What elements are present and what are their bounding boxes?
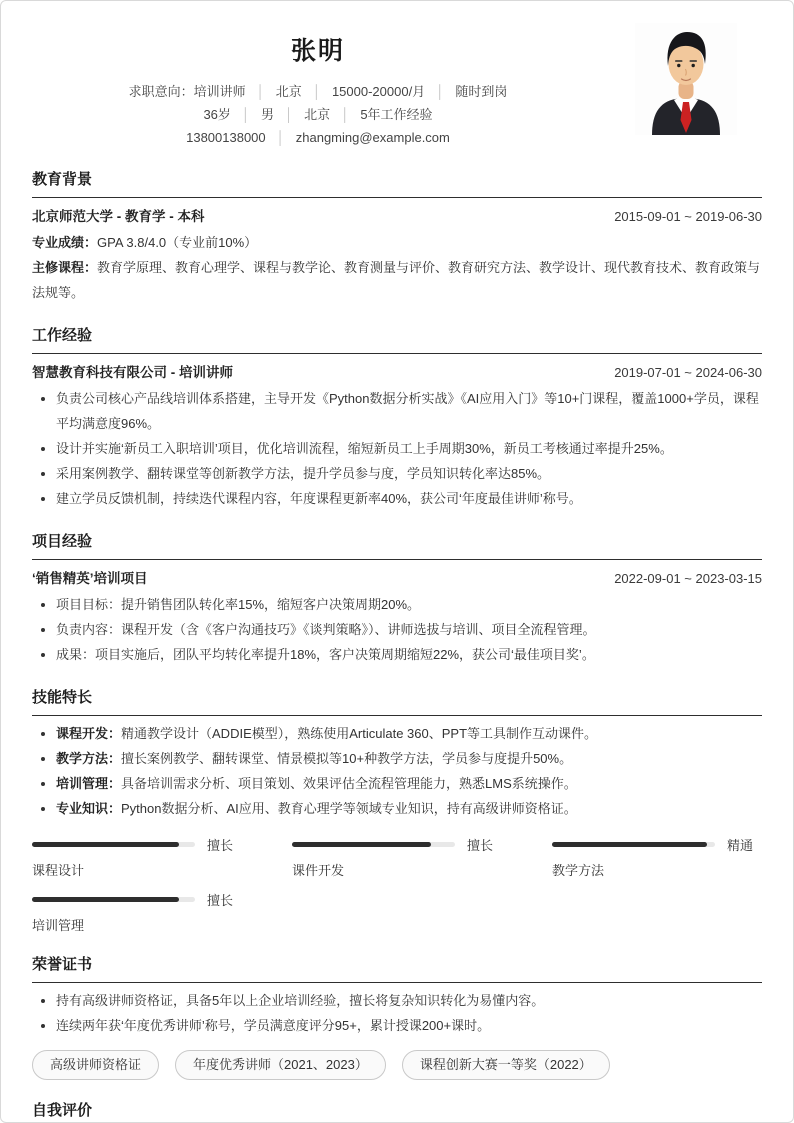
skill-bar: 精通教学方法 [552,835,762,879]
section-education: 教育背景 北京师范大学 - 教育学 - 本科 2015-09-01 ~ 2019… [32,149,762,305]
contact-item-text: 36岁 [203,107,230,122]
contact-item: │5年工作经验 [330,107,432,122]
certificate-badge: 高级讲师资格证 [32,1050,159,1080]
list-item: 教学方法：擅长案例教学、翻转课堂、情景模拟等10+种教学方法，学员参与度提升50… [32,746,762,771]
certificate-badge: 年度优秀讲师（2021、2023） [175,1050,386,1080]
list-item: 连续两年获‘年度优秀讲师’称号，学员满意度评分95+，累计授课200+课时。 [32,1013,762,1038]
detail-label: 专业成绩： [32,235,97,250]
separator: │ [285,107,293,122]
list-item: 培训管理：具备培训需求分析、项目策划、效果评估全流程管理能力，熟悉LMS系统操作… [32,771,762,796]
skill-bar-row: 擅长 [32,890,242,908]
list-item: 建立学员反馈机制，持续迭代课程内容，年度课程更新率40%，获公司‘年度最佳讲师’… [32,486,762,511]
skill-level-label: 擅长 [207,890,233,909]
separator: │ [436,84,444,99]
education-detail-row: 主修课程：教育学原理、教育心理学、课程与教学论、教育测量与评价、教育研究方法、教… [32,255,762,305]
bullet-dot [41,497,45,501]
bullet-dot [41,472,45,476]
bullet-text: 持有高级讲师资格证，具备5年以上企业培训经验，擅长将复杂知识转化为易懂内容。 [56,993,544,1008]
bullet-text: 项目目标：提升销售团队转化率15%，缩短客户决策周期20%。 [56,597,420,612]
detail-label: 主修课程： [32,260,97,275]
contact-item-text: 15000-20000/月 [332,84,425,99]
project-name: ‘销售精英’培训项目 [32,570,148,587]
bullet-dot [41,757,45,761]
section-honors: 荣誉证书 持有高级讲师资格证，具备5年以上企业培训经验，擅长将复杂知识转化为易懂… [32,934,762,1080]
header-text-block: 张明 │求职意向：培训讲师│北京│15000-20000/月│随时到岗 │36岁… [1,23,635,149]
bullet-dot [41,807,45,811]
contact-line-1: │求职意向：培训讲师│北京│15000-20000/月│随时到岗 [1,80,635,103]
honors-bullet-list: 持有高级讲师资格证，具备5年以上企业培训经验，擅长将复杂知识转化为易懂内容。连续… [32,988,762,1038]
separator: │ [242,107,250,122]
contact-item-text: zhangming@example.com [296,130,450,145]
contact-item: │男 [231,107,274,122]
project-item-row: ‘销售精英’培训项目 2022-09-01 ~ 2023-03-15 [32,570,762,587]
skill-bar-fill [32,897,179,902]
section-title-project: 项目经验 [32,532,762,560]
contact-item: │zhangming@example.com [266,130,450,145]
section-title-education: 教育背景 [32,170,762,198]
skill-bar-row: 精通 [552,835,762,853]
contact-item-text: 13800138000 [186,130,266,145]
skill-bar-track [292,842,455,847]
skill-bar: 擅长培训管理 [32,890,242,934]
skill-bar-grid: 擅长课程设计擅长课件开发精通教学方法擅长培训管理 [32,835,762,934]
contact-item-text: 随时到岗 [455,84,507,99]
bullet-text: 设计并实施‘新员工入职培训’项目，优化培训流程，缩短新员工上手周期30%，新员工… [56,441,673,456]
project-bullet-list: 项目目标：提升销售团队转化率15%，缩短客户决策周期20%。负责内容：课程开发（… [32,592,762,667]
section-work-experience: 工作经验 智慧教育科技有限公司 - 培训讲师 2019-07-01 ~ 2024… [32,305,762,511]
list-item: 采用案例教学、翻转课堂等创新教学方法，提升学员参与度，学员知识转化率达85%。 [32,461,762,486]
company-position: 智慧教育科技有限公司 - 培训讲师 [32,364,233,381]
section-title-honors: 荣誉证书 [32,955,762,983]
skill-bar-track [32,842,195,847]
skill-bar: 擅长课程设计 [32,835,242,879]
work-item-row: 智慧教育科技有限公司 - 培训讲师 2019-07-01 ~ 2024-06-3… [32,364,762,381]
skill-bar-fill [32,842,179,847]
skill-bar-track [552,842,715,847]
skill-bar-track [32,897,195,902]
contact-item-text: 男 [261,107,274,122]
skill-label: 教学方法： [56,751,121,766]
section-title-work: 工作经验 [32,326,762,354]
contact-item-text: 5年工作经验 [360,107,432,122]
contact-item: │求职意向：培训讲师 [129,84,246,99]
candidate-name: 张明 [1,31,635,67]
skills-bullet-list: 课程开发：精通教学设计（ADDIE模型），熟练使用Articulate 360、… [32,721,762,821]
skill-level-label: 精通 [727,835,753,854]
education-detail-rows: 专业成绩：GPA 3.8/4.0（专业前10%）主修课程：教育学原理、教育心理学… [32,230,762,305]
skill-name: 课程设计 [32,862,242,879]
bullet-dot [41,782,45,786]
skill-label: 专业知识： [56,801,121,816]
contact-item: │13800138000 [186,130,266,145]
bullet-text: 负责公司核心产品线培训体系搭建，主导开发《Python数据分析实战》《AI应用入… [56,391,759,431]
list-item: 负责内容：课程开发（含《客户沟通技巧》《谈判策略》）、讲师选拔与培训、项目全流程… [32,617,762,642]
contact-item: │36岁 [203,107,230,122]
education-date-range: 2015-09-01 ~ 2019-06-30 [614,209,762,224]
skill-bar-row: 擅长 [292,835,502,853]
bullet-dot [41,999,45,1003]
detail-text: GPA 3.8/4.0（专业前10%） [97,235,257,250]
bullet-dot [41,603,45,607]
separator: │ [313,84,321,99]
bullet-dot [41,732,45,736]
education-detail-row: 专业成绩：GPA 3.8/4.0（专业前10%） [32,230,762,255]
education-item-row: 北京师范大学 - 教育学 - 本科 2015-09-01 ~ 2019-06-3… [32,208,762,225]
list-item: 专业知识：Python数据分析、AI应用、教育心理学等领域专业知识，持有高级讲师… [32,796,762,821]
certificate-badge: 课程创新大赛一等奖（2022） [402,1050,610,1080]
contact-item-text: 求职意向：培训讲师 [129,84,246,99]
list-item: 设计并实施‘新员工入职培训’项目，优化培训流程，缩短新员工上手周期30%，新员工… [32,436,762,461]
skill-level-label: 擅长 [467,835,493,854]
skill-level-label: 擅长 [207,835,233,854]
contact-item: │北京 [246,84,302,99]
skill-label: 培训管理： [56,776,121,791]
bullet-dot [41,447,45,451]
list-item: 负责公司核心产品线培训体系搭建，主导开发《Python数据分析实战》《AI应用入… [32,386,762,436]
work-bullet-list: 负责公司核心产品线培训体系搭建，主导开发《Python数据分析实战》《AI应用入… [32,386,762,511]
skill-name: 教学方法 [552,862,762,879]
work-date-range: 2019-07-01 ~ 2024-06-30 [614,365,762,380]
bullet-text: 建立学员反馈机制，持续迭代课程内容，年度课程更新率40%，获公司‘年度最佳讲师’… [56,491,582,506]
contact-item: │北京 [274,107,330,122]
section-title-skills: 技能特长 [32,688,762,716]
project-date-range: 2022-09-01 ~ 2023-03-15 [614,571,762,586]
school-degree: 北京师范大学 - 教育学 - 本科 [32,208,205,225]
detail-text: 教育学原理、教育心理学、课程与教学论、教育测量与评价、教育研究方法、教学设计、现… [32,260,760,300]
skill-bar: 擅长课件开发 [292,835,502,879]
profile-photo-illustration [635,23,737,135]
list-item: 成果：项目实施后，团队平均转化率提升18%，客户决策周期缩短22%，获公司‘最佳… [32,642,762,667]
separator: │ [277,130,285,145]
badge-row: 高级讲师资格证年度优秀讲师（2021、2023）课程创新大赛一等奖（2022） [32,1050,762,1080]
contact-item-text: 北京 [276,84,302,99]
skill-name: 课件开发 [292,862,502,879]
bullet-text: 成果：项目实施后，团队平均转化率提升18%，客户决策周期缩短22%，获公司‘最佳… [56,647,595,662]
contact-item: │15000-20000/月 [302,84,425,99]
resume-page: 张明 │求职意向：培训讲师│北京│15000-20000/月│随时到岗 │36岁… [0,0,794,1123]
skill-text: Python数据分析、AI应用、教育心理学等领域专业知识，持有高级讲师资格证。 [121,801,577,816]
skill-label: 课程开发： [56,726,121,741]
skill-text: 具备培训需求分析、项目策划、效果评估全流程管理能力，熟悉LMS系统操作。 [121,776,577,791]
bullet-text: 负责内容：课程开发（含《客户沟通技巧》《谈判策略》）、讲师选拔与培训、项目全流程… [56,622,596,637]
contact-line-2: │36岁│男│北京│5年工作经验 [1,103,635,126]
skill-bar-fill [292,842,431,847]
skill-text: 擅长案例教学、翻转课堂、情景模拟等10+种教学方法，学员参与度提升50%。 [121,751,572,766]
bullet-text: 连续两年获‘年度优秀讲师’称号，学员满意度评分95+，累计授课200+课时。 [56,1018,490,1033]
list-item: 项目目标：提升销售团队转化率15%，缩短客户决策周期20%。 [32,592,762,617]
separator: │ [257,84,265,99]
list-item: 持有高级讲师资格证，具备5年以上企业培训经验，擅长将复杂知识转化为易懂内容。 [32,988,762,1013]
bullet-dot [41,397,45,401]
contact-line-3: │13800138000│zhangming@example.com [1,126,635,149]
contact-item: │随时到岗 [425,84,507,99]
list-item: 课程开发：精通教学设计（ADDIE模型），熟练使用Articulate 360、… [32,721,762,746]
section-self-evaluation: 自我评价 [32,1080,762,1123]
skill-name: 培训管理 [32,917,242,934]
skill-text: 精通教学设计（ADDIE模型），熟练使用Articulate 360、PPT等工… [121,726,597,741]
resume-header: 张明 │求职意向：培训讲师│北京│15000-20000/月│随时到岗 │36岁… [1,1,793,149]
bullet-dot [41,628,45,632]
contact-item-text: 北京 [304,107,330,122]
section-project-experience: 项目经验 ‘销售精英’培训项目 2022-09-01 ~ 2023-03-15 … [32,511,762,667]
skill-bar-row: 擅长 [32,835,242,853]
profile-photo [635,23,737,135]
bullet-dot [41,653,45,657]
bullet-dot [41,1024,45,1028]
section-skills: 技能特长 课程开发：精通教学设计（ADDIE模型），熟练使用Articulate… [32,667,762,934]
skill-bar-fill [552,842,707,847]
bullet-text: 采用案例教学、翻转课堂等创新教学方法，提升学员参与度，学员知识转化率达85%。 [56,466,550,481]
section-title-self-evaluation: 自我评价 [32,1101,762,1123]
separator: │ [341,107,349,122]
